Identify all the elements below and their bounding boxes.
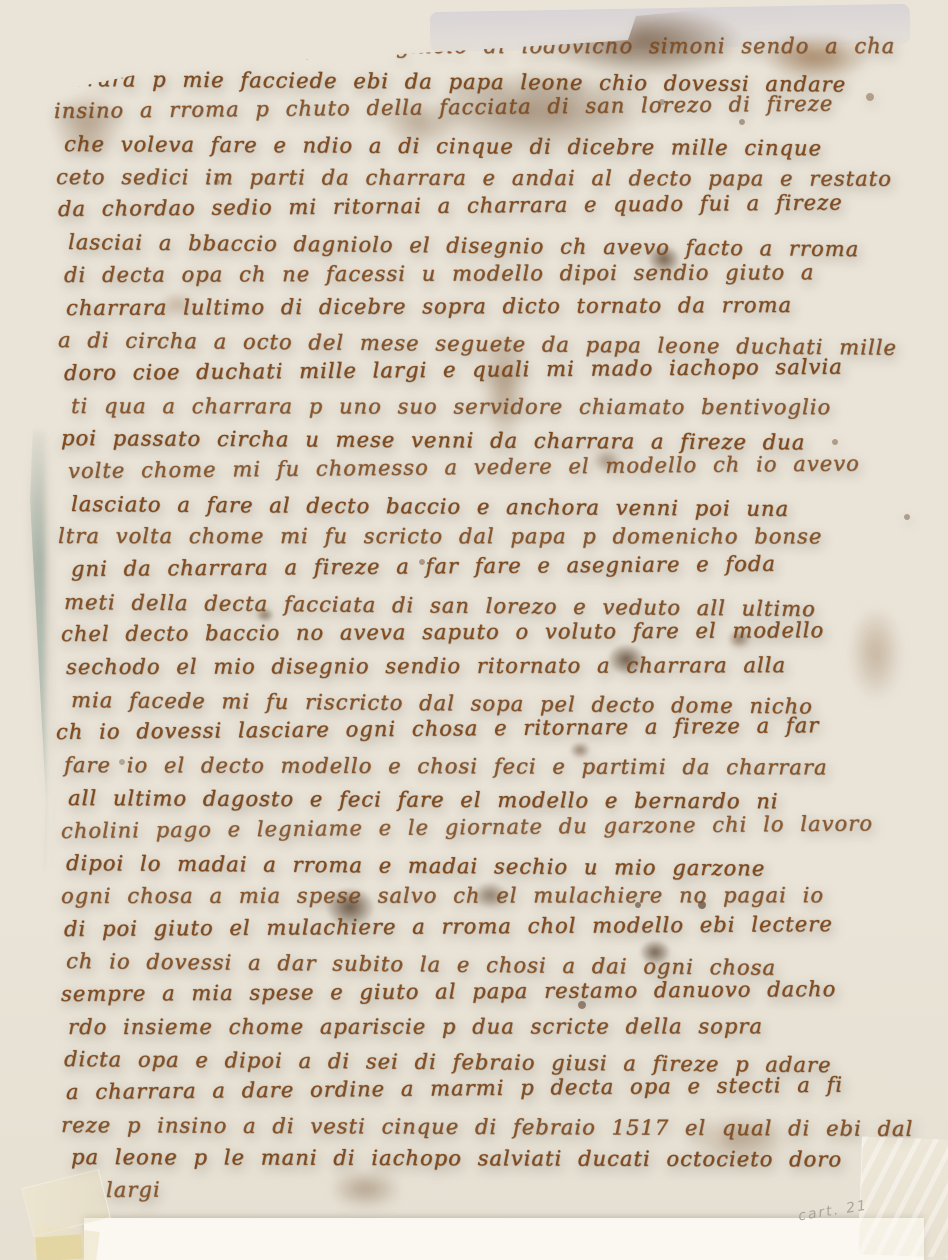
manuscript-line: Richordo chome io michelagniolo di lodov… xyxy=(56,34,926,67)
manuscript-line: volte chome mi fu chomesso a vedere el m… xyxy=(68,451,926,492)
manuscript-sheet: Richordo chome io michelagniolo di lodov… xyxy=(0,0,948,1260)
manuscript-line: di decta opa ch ne facessi u modello dip… xyxy=(64,260,926,296)
manuscript-line: chel decto baccio no aveva saputo o volu… xyxy=(61,618,926,655)
manuscript-line: sempre a mia spese e giuto al papa resta… xyxy=(61,976,926,1014)
manuscript-line: rdo insieme chome apariscie p dua scrict… xyxy=(68,1014,926,1048)
manuscript-line: ti qua a charrara p uno suo servidore ch… xyxy=(71,394,926,428)
manuscript-line: insino a rroma p chuto della facciata di… xyxy=(54,91,926,132)
manuscript-line: fare io el decto modello e chosi feci e … xyxy=(64,753,926,788)
manuscript-line: largi xyxy=(106,1171,926,1211)
manuscript-photo: Richordo chome io michelagniolo di lodov… xyxy=(0,0,948,1260)
manuscript-line: a charrara a dare ordine a marmi p decta… xyxy=(66,1072,926,1113)
manuscript-line: ch io dovessi lasciare ogni chosa e rito… xyxy=(56,713,926,753)
manuscript-line: da chordao sedio mi ritornai a charrara … xyxy=(58,190,926,230)
ink-specks xyxy=(0,0,4,4)
manuscript-line: gni da charrara a fireze a far fare e as… xyxy=(71,551,926,590)
manuscript-line: di poi giuto el mulachiere a rroma chol … xyxy=(64,911,926,949)
manuscript-line: che voleva fare e ndio a di cinque di di… xyxy=(64,132,926,170)
manuscript-line: doro cioe duchati mille largi e quali mi… xyxy=(64,354,926,394)
handwritten-text: Richordo chome io michelagniolo di lodov… xyxy=(46,34,926,1211)
manuscript-line: charrara lultimo di dicebre sopra dicto … xyxy=(66,292,926,328)
manuscript-sheet-wrapper: Richordo chome io michelagniolo di lodov… xyxy=(0,0,948,1260)
manuscript-line: sechodo el mio disegnio sendio ritornato… xyxy=(66,653,926,688)
manuscript-line: reze p insino a di vesti cinque di febra… xyxy=(61,1113,926,1150)
left-edge-discoloration xyxy=(28,430,45,870)
